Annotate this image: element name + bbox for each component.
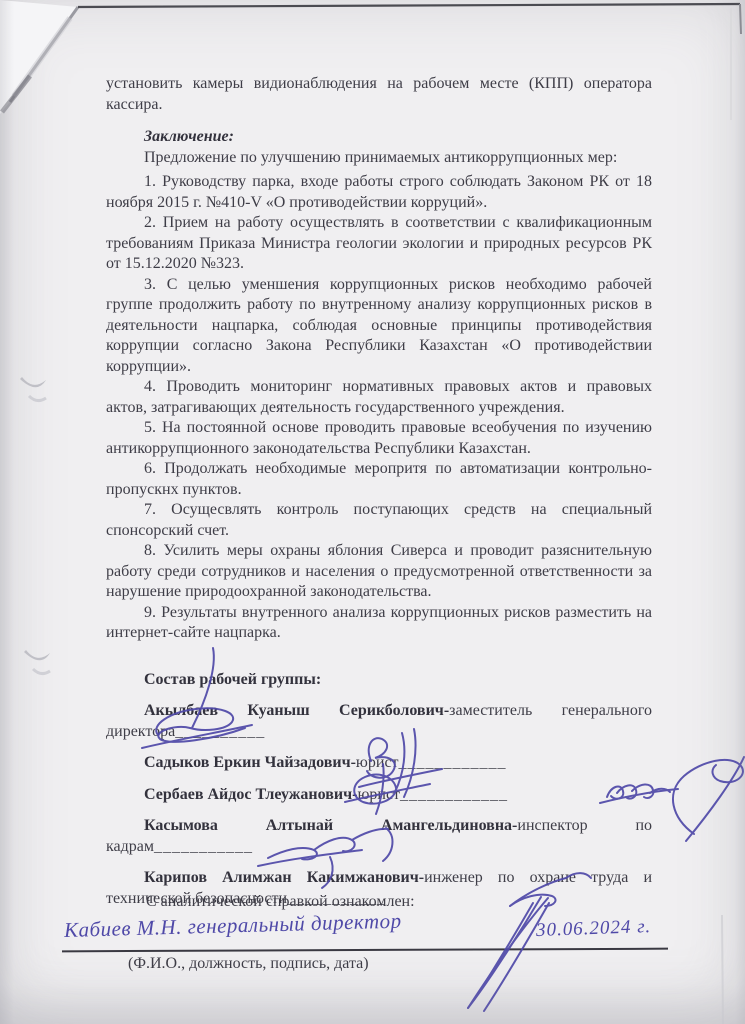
- numbered-item-9: 9. Результаты внутренного анализа корруп…: [106, 603, 652, 644]
- member-role: юрист: [357, 786, 400, 803]
- handwritten-date: 30.06.2024 г.: [536, 916, 652, 942]
- handwritten-name: Кабиев М.Н. генеральный директор: [64, 906, 495, 943]
- numbered-item-8: 8. Усилить меры охраны яблония Сиверса и…: [106, 541, 652, 603]
- document-body: установить камеры видионаблюдения на раб…: [106, 74, 652, 909]
- page-fold-corner: [0, 0, 78, 114]
- numbered-item-7: 7. Осущесвлять контроль поступающих сред…: [106, 500, 652, 541]
- signature-line: ___________: [154, 838, 253, 855]
- numbered-item-1: 1. Руководству парка, входе работы строг…: [106, 172, 652, 213]
- numbered-item-3: 3. С целью уменшения коррупционных риско…: [106, 275, 652, 378]
- member-karipov: Карипов Алимжан Какимжанович-инженер по …: [106, 868, 652, 909]
- page-right-edge-top: [740, 4, 741, 34]
- conclusion-intro: Предложение по улучшению принимаемых ант…: [106, 148, 652, 169]
- numbered-item-6: 6. Продолжать необходимые меропритя по а…: [106, 459, 652, 500]
- member-name: Карипов Алимжан Какимжанович-: [144, 869, 424, 886]
- signature-underline: [62, 948, 668, 953]
- member-name: Касымова Алтынай Амангельдиновна-: [144, 817, 517, 834]
- member-serbaev: Сербаев Айдос Тлеужанович-юрист_________…: [106, 785, 652, 806]
- binder-hole-mark-lower: [24, 650, 50, 674]
- signature-line: ____________: [400, 786, 508, 803]
- member-sadykov: Садыков Еркин Чайзадович-юрист__________…: [106, 753, 652, 774]
- member-akylbaev: Акылбаев Куаныш Серикболович-заместитель…: [106, 701, 652, 742]
- working-group-heading: Состав рабочей группы:: [106, 670, 652, 691]
- signature-line: ____________: [399, 754, 507, 771]
- member-kasymova: Касымова Алтынай Амангельдиновна-инспект…: [106, 816, 652, 857]
- signature-caption: (Ф.И.О., должность, подпись, дата): [128, 955, 369, 973]
- numbered-item-4: 4. Проводить мониторинг нормативных прав…: [106, 377, 652, 418]
- member-role: юрист: [356, 754, 399, 771]
- scanned-document-page: установить камеры видионаблюдения на раб…: [0, 0, 745, 1024]
- page-top-edge: [78, 4, 740, 7]
- page-right-edge-bottom: [722, 915, 723, 1024]
- conclusion-heading: Заключение:: [106, 127, 652, 148]
- fold-shadow: [2, 76, 30, 112]
- member-name: Акылбаев Куаныш Серикболович-: [144, 702, 449, 719]
- numbered-item-5: 5. На постоянной основе проводить правов…: [106, 418, 652, 459]
- top-paragraph: установить камеры видионаблюдения на раб…: [106, 74, 652, 115]
- member-name: Садыков Еркин Чайзадович-: [144, 754, 356, 771]
- numbered-item-2: 2. Прием на работу осуществлять в соотве…: [106, 213, 652, 275]
- signature-line: ___________: [287, 890, 386, 907]
- member-name: Сербаев Айдос Тлеужанович-: [144, 786, 357, 803]
- signature-line: __________: [175, 723, 265, 740]
- binder-hole-mark-upper: [20, 377, 46, 401]
